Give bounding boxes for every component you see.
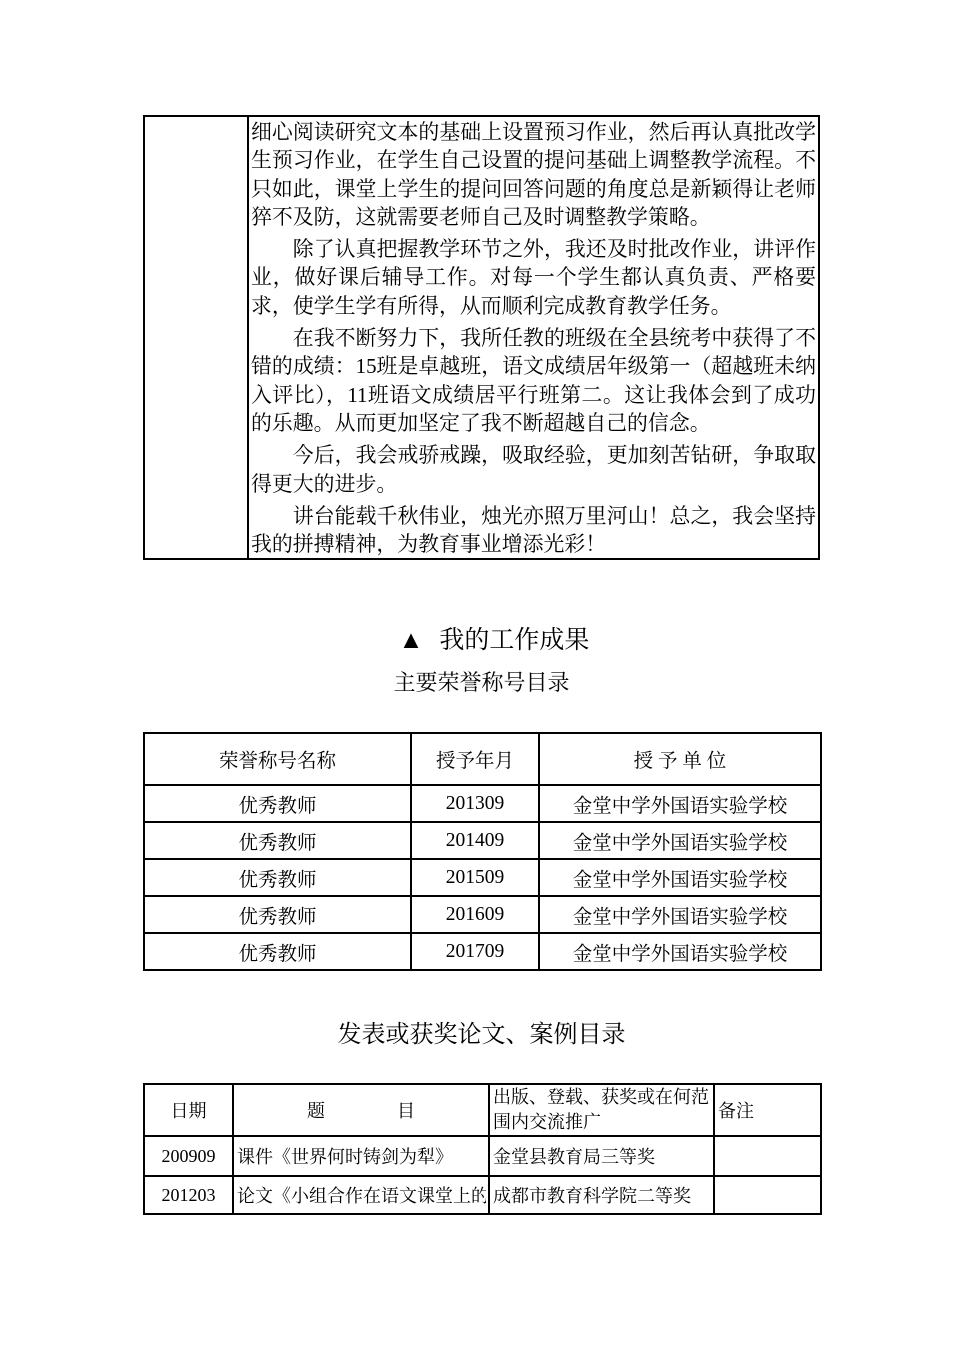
honors-table-row: 优秀教师 201709 金堂中学外国语实验学校 [144,933,821,970]
honors-table-row: 优秀教师 201609 金堂中学外国语实验学校 [144,896,821,933]
paper-note-cell [714,1176,821,1214]
honor-name-cell: 优秀教师 [144,896,411,933]
honor-name-cell: 优秀教师 [144,933,411,970]
document-page: 细心阅读研究文本的基础上设置预习作业，然后再认真批改学生预习作业，在学生自己设置… [0,0,960,1357]
honor-org-cell: 金堂中学外国语实验学校 [539,785,821,822]
paper-date-cell: 201203 [144,1176,233,1214]
honor-org-cell: 金堂中学外国语实验学校 [539,933,821,970]
papers-table-row: 200909 课件《世界何时铸剑为犁》 金堂县教育局三等奖 [144,1136,821,1176]
honors-table-row: 优秀教师 201309 金堂中学外国语实验学校 [144,785,821,822]
paper-title-text: 课件《世界何时铸剑为犁》 [237,1143,486,1169]
summary-paragraph: 除了认真把握教学环节之外，我还及时批改作业，讲评作业，做好课后辅导工作。对每一个… [251,235,816,320]
paper-title-text: 论文《小组合作在语文课堂上的作 [237,1182,486,1208]
honors-table-row: 优秀教师 201509 金堂中学外国语实验学校 [144,859,821,896]
honors-header-row: 荣誉称号名称 授予年月 授 予 单 位 [144,733,821,785]
honor-name-cell: 优秀教师 [144,859,411,896]
honor-date-cell: 201509 [411,859,539,896]
summary-table-empty-label-cell [145,117,249,558]
triangle-icon: ▲ [399,627,424,654]
papers-col-header-title: 题 目 [233,1084,489,1136]
summary-paragraph: 细心阅读研究文本的基础上设置预习作业，然后再认真批改学生预习作业，在学生自己设置… [251,118,816,231]
honor-name-cell: 优秀教师 [144,822,411,859]
summary-text-cell: 细心阅读研究文本的基础上设置预习作业，然后再认真批改学生预习作业，在学生自己设置… [249,117,818,558]
paper-title-cell: 论文《小组合作在语文课堂上的作 [233,1176,489,1214]
honor-date-cell: 201309 [411,785,539,822]
papers-table: 日期 题 目 出版、登载、获奖或在何范围内交流推广 备注 200909 课件《世… [143,1083,822,1215]
honor-date-cell: 201609 [411,896,539,933]
summary-table: 细心阅读研究文本的基础上设置预习作业，然后再认真批改学生预习作业，在学生自己设置… [143,115,820,560]
section-title-text: 我的工作成果 [439,627,589,654]
papers-col-header-scope: 出版、登载、获奖或在何范围内交流推广 [489,1084,714,1136]
papers-col-header-date: 日期 [144,1084,233,1136]
honor-org-cell: 金堂中学外国语实验学校 [539,896,821,933]
honor-name-cell: 优秀教师 [144,785,411,822]
paper-scope-cell: 金堂县教育局三等奖 [489,1136,714,1176]
papers-table-row: 201203 论文《小组合作在语文课堂上的作 成都市教育科学院二等奖 [144,1176,821,1214]
subsection-title-papers-directory: 发表或获奖论文、案例目录 [143,1014,820,1049]
summary-paragraph: 在我不断努力下，我所任教的班级在全县统考中获得了不错的成绩：15班是卓越班，语文… [251,324,816,437]
paper-title-cell: 课件《世界何时铸剑为犁》 [233,1136,489,1176]
honors-table: 荣誉称号名称 授予年月 授 予 单 位 优秀教师 201309 金堂中学外国语实… [143,732,822,971]
honor-org-cell: 金堂中学外国语实验学校 [539,859,821,896]
honors-col-header-name: 荣誉称号名称 [144,733,411,785]
honor-date-cell: 201709 [411,933,539,970]
papers-col-header-note: 备注 [714,1084,821,1136]
honors-col-header-date: 授予年月 [411,733,539,785]
honors-table-row: 优秀教师 201409 金堂中学外国语实验学校 [144,822,821,859]
honors-col-header-org: 授 予 单 位 [539,733,821,785]
honor-org-cell: 金堂中学外国语实验学校 [539,822,821,859]
paper-note-cell [714,1136,821,1176]
subsection-title-honors-directory: 主要荣誉称号目录 [143,666,820,697]
summary-paragraph: 今后，我会戒骄戒躁，吸取经验，更加刻苦钻研，争取取得更大的进步。 [251,441,816,498]
paper-scope-cell: 成都市教育科学院二等奖 [489,1176,714,1214]
summary-paragraph: 讲台能载千秋伟业，烛光亦照万里河山！总之，我会坚持我的拼搏精神，为教育事业增添光… [251,502,816,558]
honor-date-cell: 201409 [411,822,539,859]
papers-header-row: 日期 题 目 出版、登载、获奖或在何范围内交流推广 备注 [144,1084,821,1136]
paper-date-cell: 200909 [144,1136,233,1176]
